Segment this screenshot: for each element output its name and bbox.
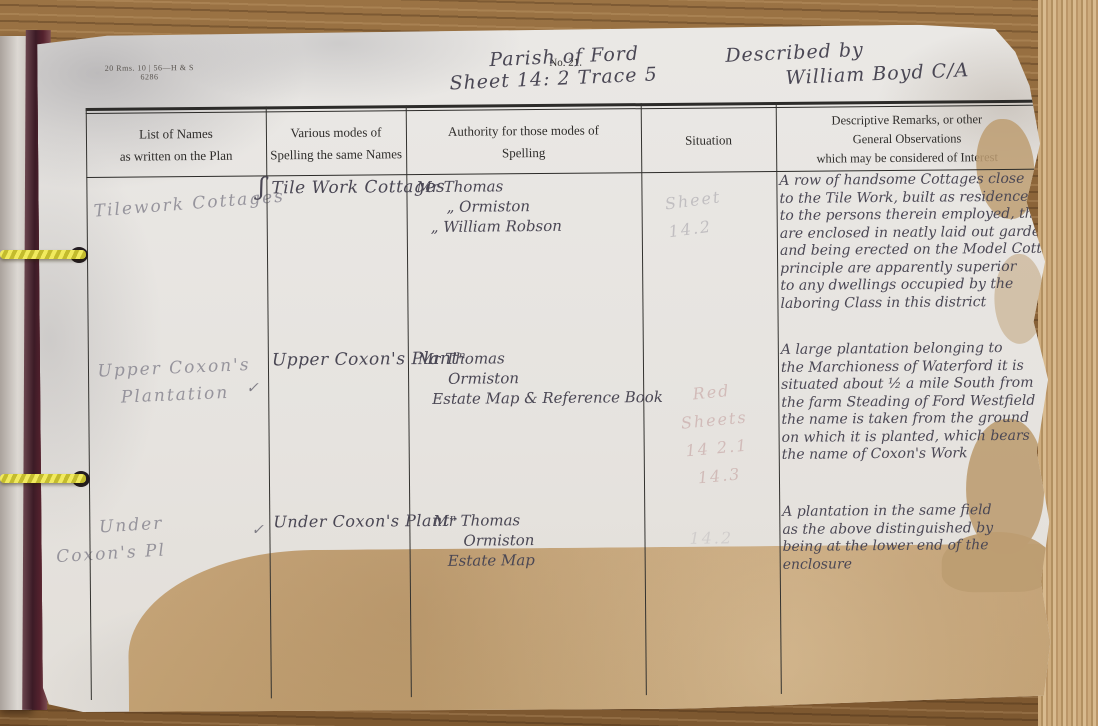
plan-name: Tilework Cottages [93,184,286,226]
insertion-mark: ʃ [258,172,265,200]
column-header-names: List of Namesas written on the Plan [90,114,263,175]
book-fore-edge [1038,0,1098,726]
plan-name: UnderCoxon's Pl [54,510,167,571]
column-header-spelling-modes: Various modes ofSpelling the same Names [268,113,405,174]
authority-entry: Mr ThomasOrmistonEstate Map & Reference … [418,347,663,409]
check-mark: ✓ [251,520,264,538]
spelling-entry: Under Coxon's Plantⁿ [273,511,457,532]
photo-scene: 20 Rms. 10 | 56—H & S6286 Parish of Ford… [0,0,1098,726]
name-book-page: 20 Rms. 10 | 56—H & S6286 Parish of Ford… [37,24,1051,715]
column-header-situation: Situation [643,110,775,171]
print-code: 20 Rms. 10 | 56—H & S6286 [89,63,209,82]
situation-entry: Red Sheets14 2.114.3 [665,374,765,494]
situation-entry: Sheet14.2 [663,183,726,246]
plan-name: Upper Coxon's Plantation [97,352,252,413]
described-by-label: Described by [725,39,864,67]
authority-entry: Mr Thomas„ Ormiston„ William Robson [416,176,562,237]
header-sheet: Sheet 14: 2 Trace 5 [449,63,658,94]
remarks-entry: A plantation in the same fieldas the abo… [782,502,993,574]
remarks-entry: A row of handsome Cottages closeto the T… [779,170,1068,313]
remarks-entry: A large plantation belonging tothe March… [781,340,1036,465]
authority-entry: Mr ThomasOrmistonEstate Map [433,510,535,571]
binding-cord [0,474,86,483]
column-divider-left [86,108,92,700]
column-header-authority: Authority for those modes ofSpelling [408,111,640,173]
binding-cord [0,250,86,259]
check-mark: ✓ [246,378,259,396]
describer-name: William Boyd C/A [785,59,970,89]
